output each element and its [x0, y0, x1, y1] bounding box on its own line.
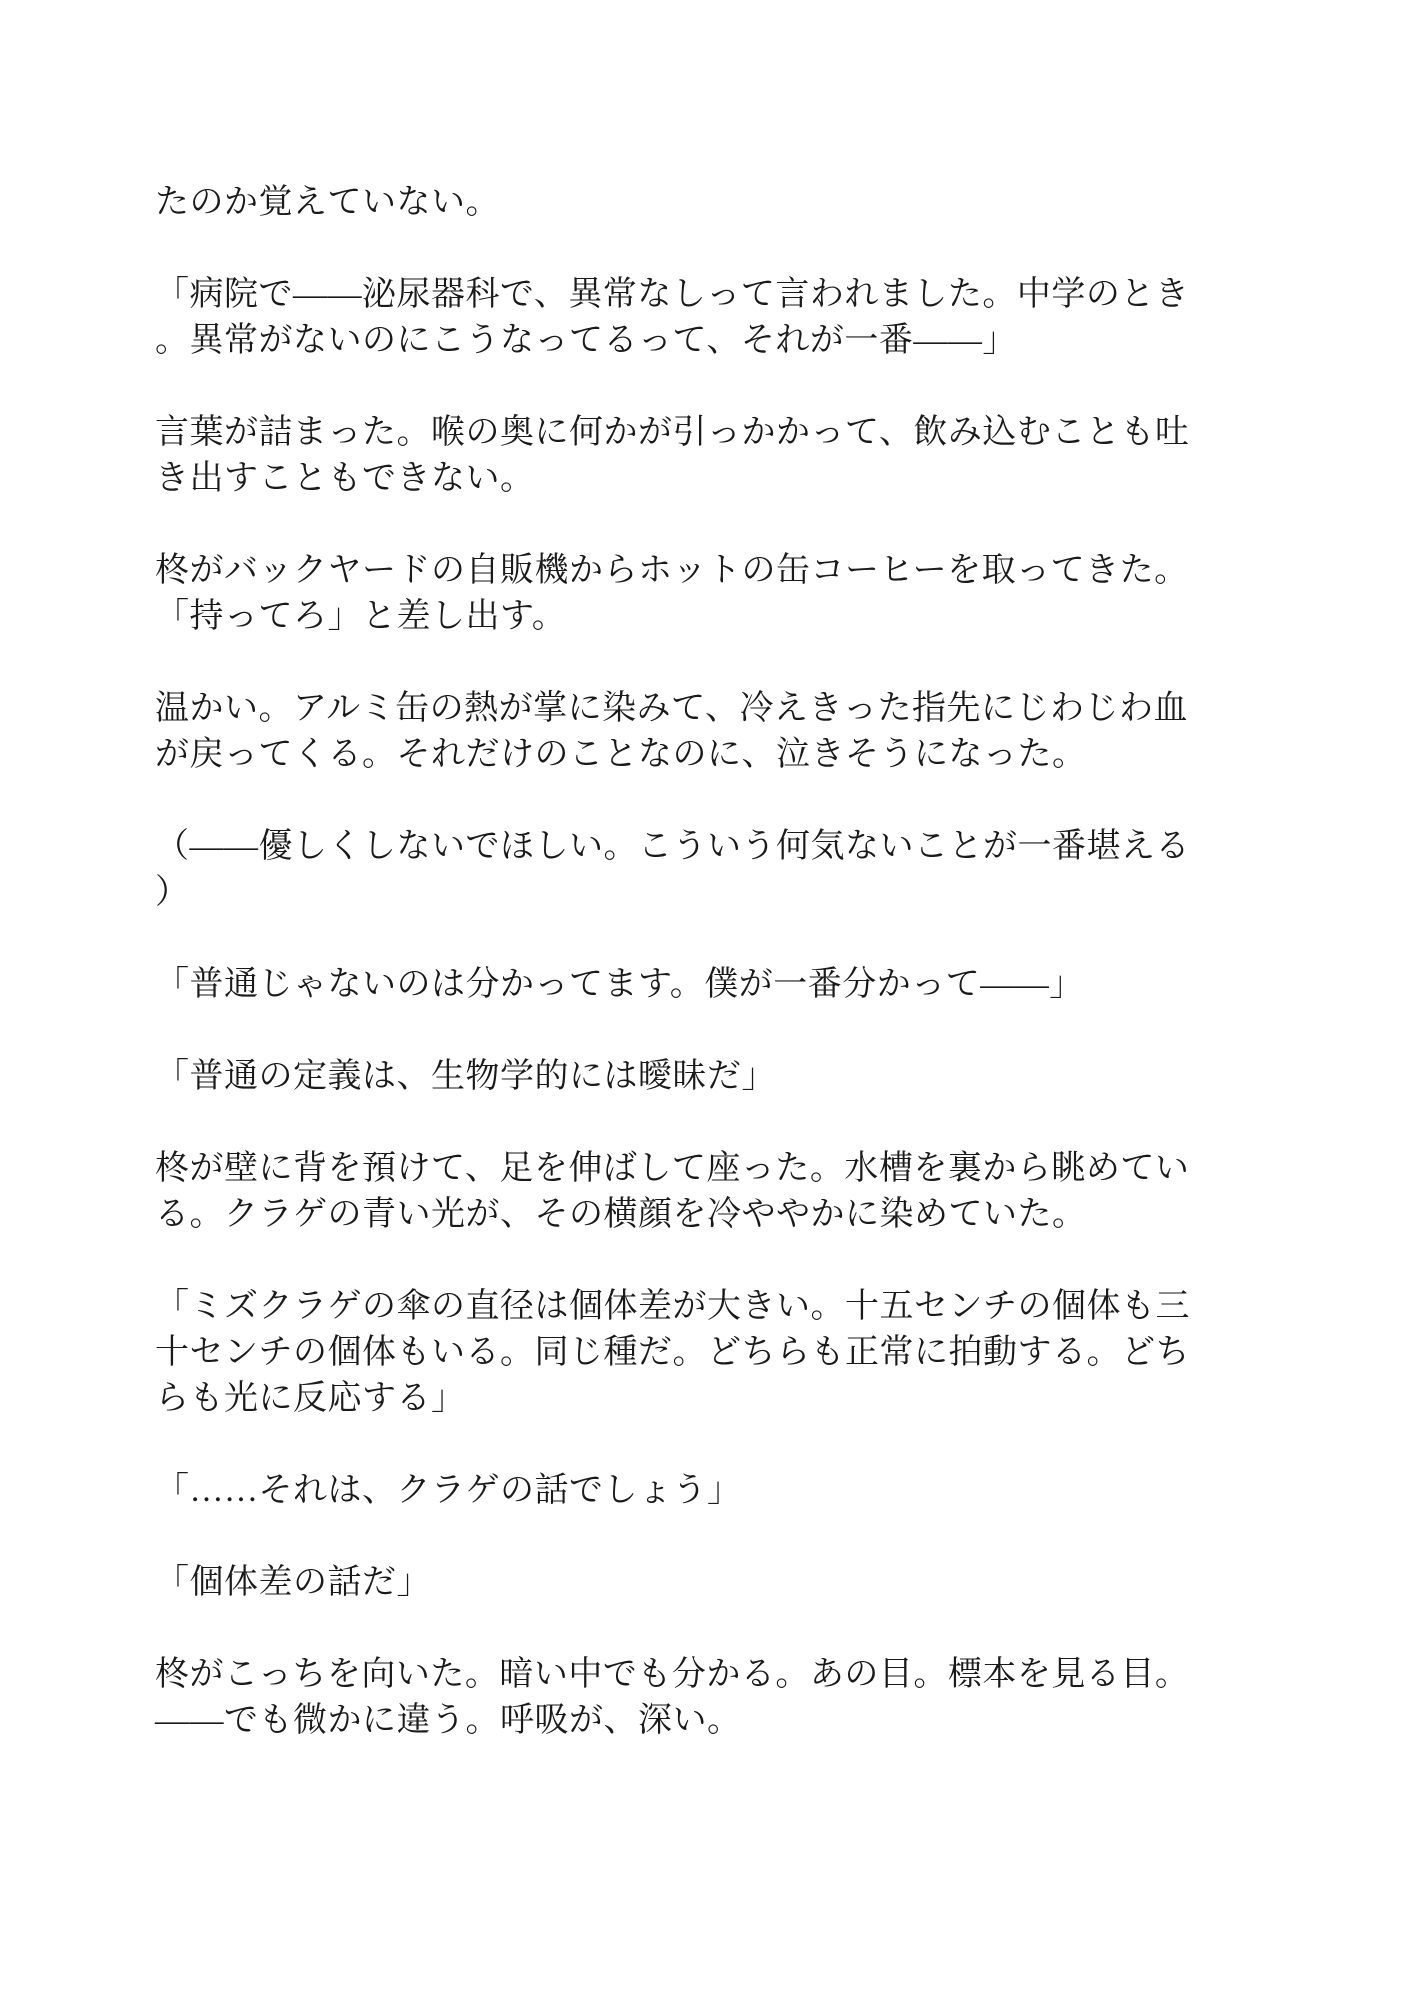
- document-page: たのか覚えていない。 「病院で――泌尿器科で、異常なしって言われました。中学のと…: [0, 0, 1415, 2000]
- paragraph-9: 柊が壁に背を預けて、足を伸ばして座った。水槽を裏から眺めてい る。クラゲの青い光…: [155, 1146, 1200, 1238]
- paragraph-13: 柊がこっちを向いた。暗い中でも分かる。あの目。標本を見る目。 ――でも微かに違う…: [155, 1652, 1200, 1744]
- paragraph-7: 「普通じゃないのは分かってます。僕が一番分かって――」: [155, 962, 1200, 1008]
- paragraph-6: （――優しくしないでほしい。こういう何気ないことが一番堪える ）: [155, 824, 1200, 916]
- paragraph-2: 「病院で――泌尿器科で、異常なしって言われました。中学のとき 。異常がないのにこ…: [155, 272, 1200, 364]
- paragraph-1: たのか覚えていない。: [155, 180, 1200, 226]
- paragraph-12: 「個体差の話だ」: [155, 1560, 1200, 1606]
- paragraph-5: 温かい。アルミ缶の熱が掌に染みて、冷えきった指先にじわじわ血 が戻ってくる。それ…: [155, 686, 1200, 778]
- paragraph-8: 「普通の定義は、生物学的には曖昧だ」: [155, 1054, 1200, 1100]
- paragraph-4: 柊がバックヤードの自販機からホットの缶コーヒーを取ってきた。 「持ってろ」と差し…: [155, 548, 1200, 640]
- paragraph-11: 「……それは、クラゲの話でしょう」: [155, 1468, 1200, 1514]
- paragraph-3: 言葉が詰まった。喉の奥に何かが引っかかって、飲み込むことも吐 き出すこともできな…: [155, 410, 1200, 502]
- paragraph-10: 「ミズクラゲの傘の直径は個体差が大きい。十五センチの個体も三 十センチの個体もい…: [155, 1284, 1200, 1422]
